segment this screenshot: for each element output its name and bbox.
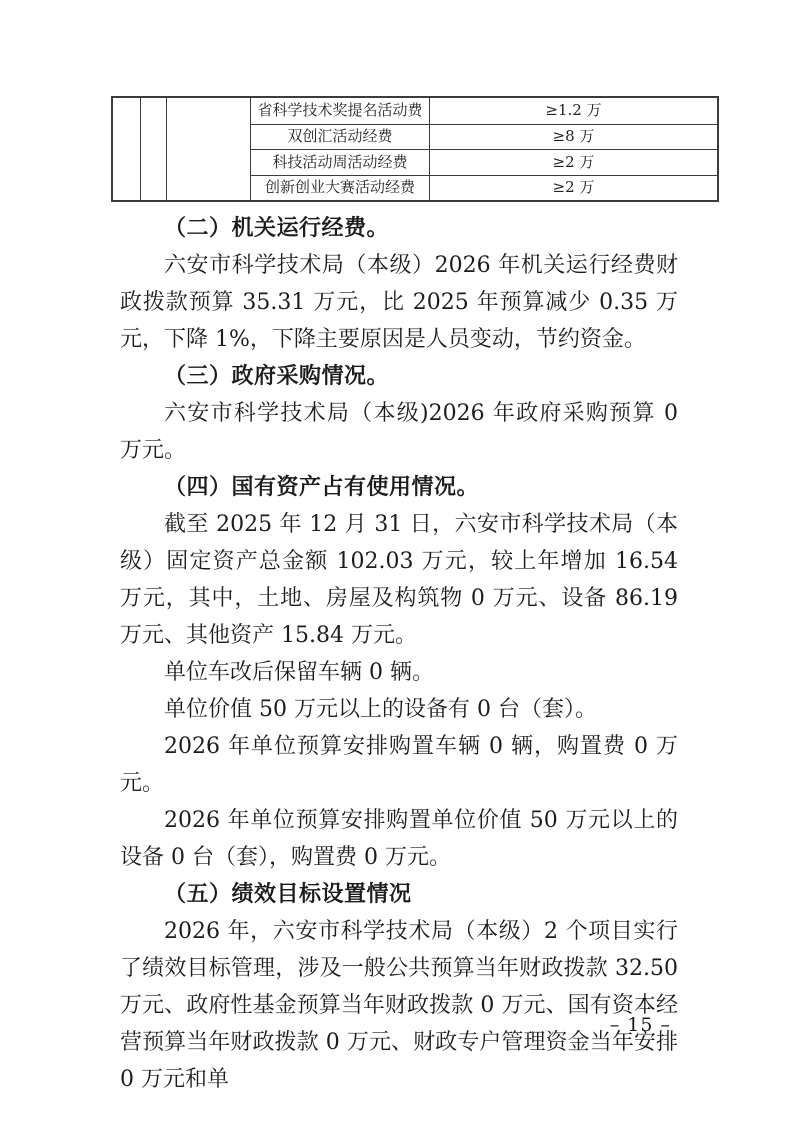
table-cell-activity-name: 创新创业大赛活动经费 <box>250 175 429 201</box>
activity-budget-table: 省科学技术奖提名活动费≥1.2 万双创汇活动经费≥8 万科技活动周活动经费≥2 … <box>111 96 719 202</box>
table-cell-activity-value: ≥2 万 <box>429 149 717 175</box>
section-heading: （五）绩效目标设置情况 <box>120 876 678 913</box>
body-paragraph: 六安市科学技术局（本级)2026 年政府采购预算 0 万元。 <box>120 395 678 469</box>
table-cell-empty <box>113 98 140 200</box>
section-heading: （二）机关运行经费。 <box>120 210 678 247</box>
body-paragraph: 六安市科学技术局（本级）2026 年机关运行经费财政拨款预算 35.31 万元，… <box>120 247 678 358</box>
body-paragraph: 单位价值 50 万元以上的设备有 0 台（套）。 <box>120 691 678 728</box>
table-cell-empty <box>140 98 166 200</box>
body-paragraph: 2026 年，六安市科学技术局（本级）2 个项目实行了绩效目标管理，涉及一般公共… <box>120 913 678 1098</box>
table-cell-activity-name: 科技活动周活动经费 <box>250 149 429 175</box>
body-paragraph: 2026 年单位预算安排购置单位价值 50 万元以上的设备 0 台（套），购置费… <box>120 802 678 876</box>
document-page: 省科学技术奖提名活动费≥1.2 万双创汇活动经费≥8 万科技活动周活动经费≥2 … <box>0 0 793 1122</box>
table-cell-activity-name: 省科学技术奖提名活动费 <box>250 98 429 124</box>
section-heading: （三）政府采购情况。 <box>120 358 678 395</box>
page-number: – 15 – <box>610 1013 671 1037</box>
body-paragraph: 截至 2025 年 12 月 31 日，六安市科学技术局（本级）固定资产总金额 … <box>120 506 678 654</box>
document-body: （二）机关运行经费。六安市科学技术局（本级）2026 年机关运行经费财政拨款预算… <box>120 210 678 1098</box>
body-paragraph: 2026 年单位预算安排购置车辆 0 辆，购置费 0 万元。 <box>120 728 678 802</box>
table-cell-activity-value: ≥1.2 万 <box>429 98 717 124</box>
body-paragraph: 单位车改后保留车辆 0 辆。 <box>120 654 678 691</box>
table-cell-empty <box>166 98 250 200</box>
section-heading: （四）国有资产占有使用情况。 <box>120 469 678 506</box>
table-cell-activity-name: 双创汇活动经费 <box>250 124 429 150</box>
table-cell-activity-value: ≥8 万 <box>429 124 717 150</box>
table-cell-activity-value: ≥2 万 <box>429 175 717 201</box>
